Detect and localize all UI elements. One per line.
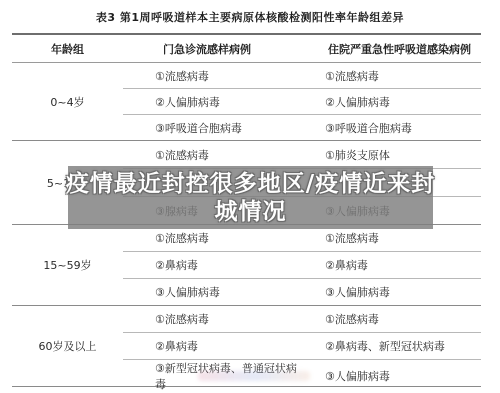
pathogen-cell: ②鼻病毒 [123, 257, 302, 273]
pathogen-cell: ③呼吸道合胞病毒 [123, 120, 302, 136]
header-outpatient-ili-cases: 门急诊流感样病例 [123, 41, 302, 57]
headline-caption-line-2: 城情况 [215, 198, 287, 226]
pathogen-cell: ②鼻病毒 [123, 338, 302, 354]
pathogen-cell: ②人偏肺病毒 [123, 94, 302, 110]
pathogen-cell: ①肺炎支原体 [302, 147, 481, 163]
pathogen-cell: ①流感病毒 [302, 68, 481, 84]
pathogen-cell: ②鼻病毒、新型冠状病毒 [302, 338, 481, 354]
header-age-group: 年龄组 [12, 41, 123, 57]
pathogen-cell: ②鼻病毒 [302, 257, 481, 273]
headline-caption-line-1: 疫情最近封控很多地区/疫情近来封 [66, 170, 435, 198]
age-group-label: 60岁及以上 [12, 306, 123, 386]
table-section-age-0-4: 0~4岁 ①流感病毒 ①流感病毒 ②人偏肺病毒 ②人偏肺病毒 ③呼吸道合胞病毒 … [12, 63, 481, 141]
table-row: ②鼻病毒 ②鼻病毒 [123, 251, 481, 278]
pathogen-cell: ①流感病毒 [123, 311, 302, 327]
table-header-row: 年龄组 门急诊流感样病例 住院严重急性呼吸道感染病例 [12, 35, 481, 63]
pathogen-cell: ③呼吸道合胞病毒 [302, 120, 481, 136]
pathogen-cell: ②人偏肺病毒 [302, 94, 481, 110]
pathogen-cell: ③人偏肺病毒 [302, 284, 481, 300]
table-row: ③呼吸道合胞病毒 ③呼吸道合胞病毒 [123, 114, 481, 140]
table-section-age-15-59: 15~59岁 ①流感病毒 ①流感病毒 ②鼻病毒 ②鼻病毒 ③人偏肺病毒 ③人偏肺… [12, 225, 481, 306]
pathogen-cell: ①流感病毒 [302, 230, 481, 246]
table-caption: 表3 第1周呼吸道样本主要病原体核酸检测阳性率年龄组差异 [0, 9, 500, 25]
table-row: ①流感病毒 ①流感病毒 [123, 306, 481, 332]
watermark-smudge [198, 371, 310, 381]
headline-caption-overlay: 疫情最近封控很多地区/疫情近来封 城情况 [68, 166, 433, 229]
pathogen-cell: ①流感病毒 [302, 311, 481, 327]
pathogen-cell: ①流感病毒 [123, 230, 302, 246]
pathogen-cell: ③人偏肺病毒 [123, 284, 302, 300]
pathogen-cell: ①流感病毒 [123, 68, 302, 84]
table-row: ③人偏肺病毒 ③人偏肺病毒 [123, 278, 481, 305]
table-row: ①流感病毒 ①肺炎支原体 [123, 141, 481, 168]
table-row: ②人偏肺病毒 ②人偏肺病毒 [123, 88, 481, 114]
age-group-label: 15~59岁 [12, 225, 123, 305]
pathogen-cell: ①流感病毒 [123, 147, 302, 163]
pathogen-cell: ③人偏肺病毒 [302, 368, 481, 384]
age-group-label: 0~4岁 [12, 63, 123, 140]
table-row: ②鼻病毒 ②鼻病毒、新型冠状病毒 [123, 332, 481, 359]
table-row: ①流感病毒 ①流感病毒 [123, 63, 481, 88]
header-hospitalized-sari-cases: 住院严重急性呼吸道感染病例 [302, 41, 481, 57]
